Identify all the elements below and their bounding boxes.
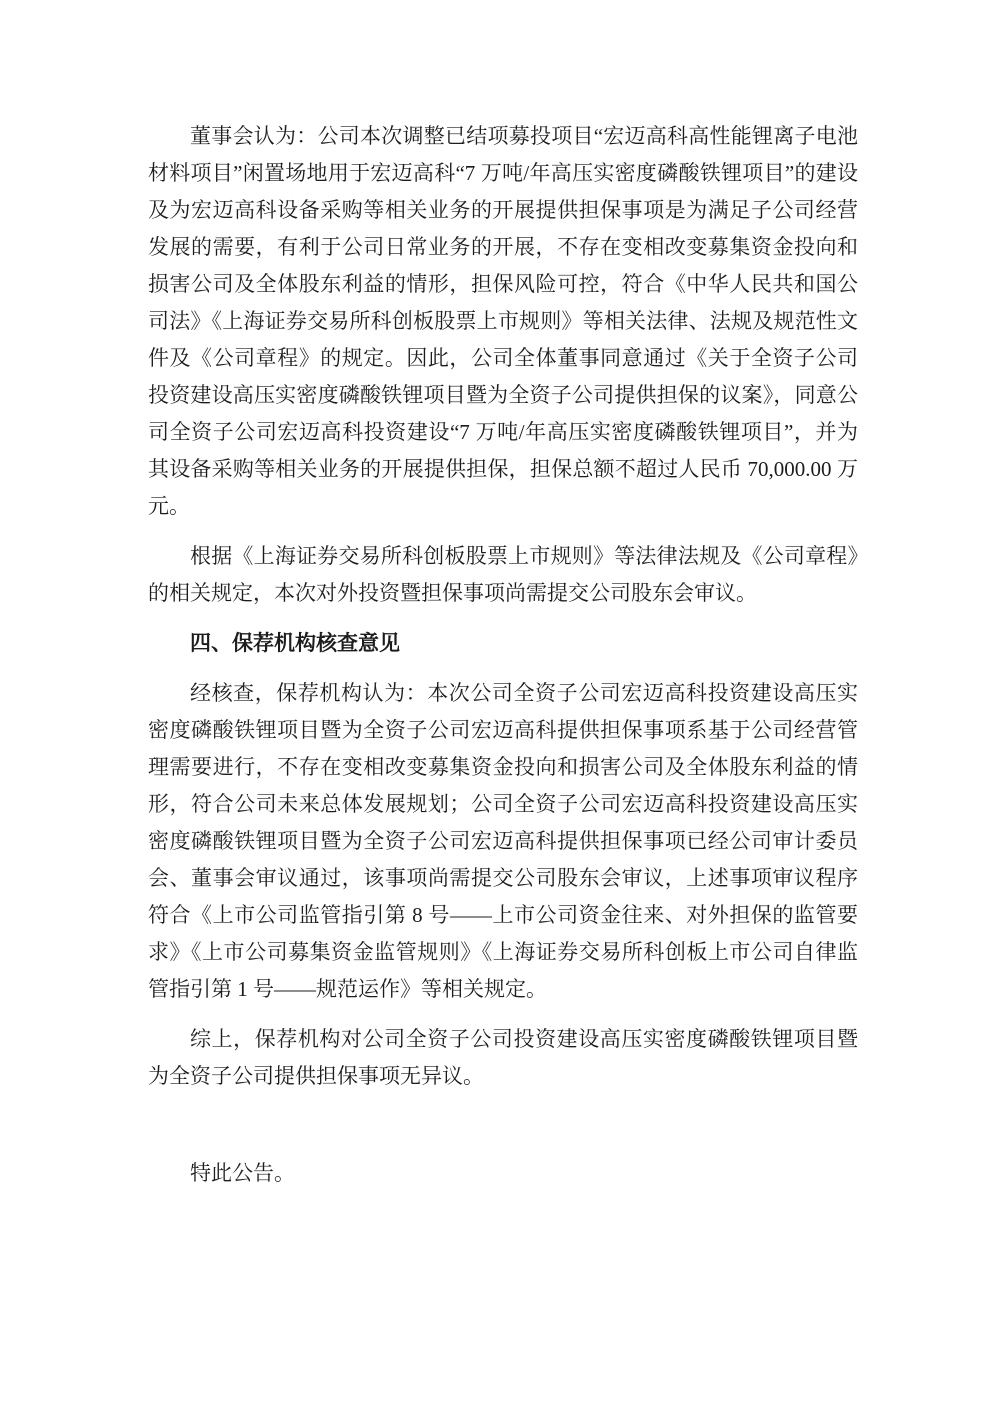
closing-statement: 特此公告。 bbox=[148, 1155, 858, 1192]
document-body: 董事会认为：公司本次调整已结项募投项目“宏迈高科高性能锂离子电池材料项目”闲置场… bbox=[148, 118, 858, 1213]
document-page: 董事会认为：公司本次调整已结项募投项目“宏迈高科高性能锂离子电池材料项目”闲置场… bbox=[0, 0, 1000, 1414]
paragraph-board-opinion: 董事会认为：公司本次调整已结项募投项目“宏迈高科高性能锂离子电池材料项目”闲置场… bbox=[148, 118, 858, 525]
paragraph-rules-basis: 根据《上海证券交易所科创板股票上市规则》等法律法规及《公司章程》的相关规定，本次… bbox=[148, 538, 858, 612]
paragraph-sponsor-opinion: 经核查，保荐机构认为：本次公司全资子公司宏迈高科投资建设高压实密度磷酸铁锂项目暨… bbox=[148, 675, 858, 1008]
paragraph-sponsor-conclusion: 综上，保荐机构对公司全资子公司投资建设高压实密度磷酸铁锂项目暨为全资子公司提供担… bbox=[148, 1021, 858, 1095]
section-heading-sponsor-review: 四、保荐机构核查意见 bbox=[148, 625, 858, 662]
